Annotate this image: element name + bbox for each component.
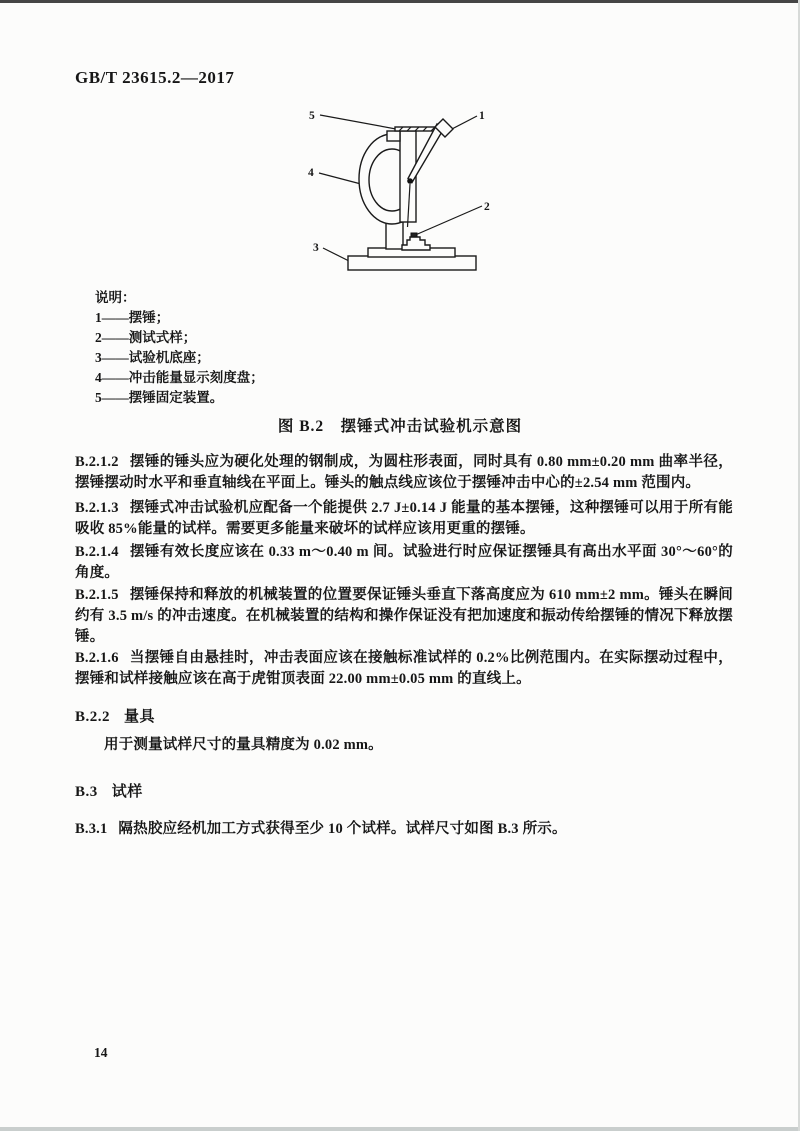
fixing-bracket <box>387 131 400 141</box>
leader-line-2 <box>413 206 482 236</box>
clause-number: B.2.1.4 <box>75 544 119 560</box>
leader-line-5 <box>320 115 396 129</box>
clause-text: 摆锤式冲击试验机应配备一个能提供 2.7 J±0.14 J 能量的基本摆锤，这种… <box>75 500 733 537</box>
document-page: GB/T 23615.2—2017 5 1 4 2 <box>0 0 800 1131</box>
legend-item: 3——试验机底座； <box>95 348 264 368</box>
clause-number: B.2.1.5 <box>75 587 119 603</box>
section-title: 试样 <box>112 784 143 800</box>
figure-legend: 说明： 1——摆锤； 2——测试式样； 3——试验机底座； 4——冲击能量显示刻… <box>95 288 264 408</box>
section-title: 量具 <box>124 709 155 725</box>
machine-base <box>348 256 476 270</box>
clause-text: 摆锤的锤头应为硬化处理的钢制成，为圆柱形表面，同时具有 0.80 mm±0.20… <box>75 454 733 491</box>
clause-number: B.2.1.3 <box>75 500 119 516</box>
paragraph-b214: B.2.1.4摆锤有效长度应该在 0.33 m～0.40 m 间。试验进行时应保… <box>75 542 733 584</box>
clause-number: B.3.1 <box>75 821 107 837</box>
figure-label-4: 4 <box>308 167 314 179</box>
leader-line-1 <box>450 116 477 130</box>
legend-title: 说明： <box>95 288 264 308</box>
clause-text: 隔热胶应经机加工方式获得至少 10 个试样。试样尺寸如图 B.3 所示。 <box>118 821 566 837</box>
scan-edge-bottom <box>0 1127 800 1131</box>
clause-text: 摆锤保持和释放的机械装置的位置要保证锤头垂直下落高度应为 610 mm±2 mm… <box>75 587 733 645</box>
figure-label-2: 2 <box>484 201 490 213</box>
pivot-point <box>407 178 413 184</box>
clause-text: 当摆锤自由悬挂时，冲击表面应该在接触标准试样的 0.2%比例范围内。在实际摆动过… <box>75 650 733 687</box>
page-number: 14 <box>94 1045 108 1061</box>
figure-label-5: 5 <box>309 110 315 122</box>
figure-caption: 图 B.2 摆锤式冲击试验机示意图 <box>0 414 800 436</box>
test-specimen <box>411 233 417 237</box>
legend-item: 1——摆锤； <box>95 308 264 328</box>
clause-text: 摆锤有效长度应该在 0.33 m～0.40 m 间。试验进行时应保证摆锤具有高出… <box>75 544 733 581</box>
heading-b3: B.3试样 <box>75 780 143 801</box>
legend-item: 2——测试式样； <box>95 328 264 348</box>
leader-line-4 <box>319 173 361 184</box>
clause-number: B.2.1.6 <box>75 650 119 666</box>
legend-item: 4——冲击能量显示刻度盘； <box>95 368 264 388</box>
impact-tester-diagram: 5 1 4 2 3 <box>300 100 500 275</box>
legend-item: 5——摆锤固定装置。 <box>95 388 264 408</box>
specimen-vise <box>402 237 430 250</box>
section-number: B.2.2 <box>75 709 110 725</box>
scan-edge-top <box>0 0 800 3</box>
section-number: B.3 <box>75 784 98 800</box>
heading-b22: B.2.2量具 <box>75 705 155 726</box>
paragraph-b216: B.2.1.6当摆锤自由悬挂时，冲击表面应该在接触标准试样的 0.2%比例范围内… <box>75 648 733 690</box>
paragraph-b22-body: 用于测量试样尺寸的量具精度为 0.02 mm。 <box>75 735 733 756</box>
clause-text: 用于测量试样尺寸的量具精度为 0.02 mm。 <box>104 737 383 753</box>
clause-number: B.2.1.2 <box>75 454 119 470</box>
standard-number: GB/T 23615.2—2017 <box>75 68 234 88</box>
paragraph-b215: B.2.1.5摆锤保持和释放的机械装置的位置要保证锤头垂直下落高度应为 610 … <box>75 585 733 648</box>
paragraph-b213: B.2.1.3摆锤式冲击试验机应配备一个能提供 2.7 J±0.14 J 能量的… <box>75 498 733 540</box>
figure-label-1: 1 <box>479 110 485 122</box>
paragraph-b212: B.2.1.2摆锤的锤头应为硬化处理的钢制成，为圆柱形表面，同时具有 0.80 … <box>75 452 733 494</box>
paragraph-b31: B.3.1隔热胶应经机加工方式获得至少 10 个试样。试样尺寸如图 B.3 所示… <box>75 819 733 840</box>
support-column <box>386 222 403 249</box>
figure-label-3: 3 <box>313 242 319 254</box>
